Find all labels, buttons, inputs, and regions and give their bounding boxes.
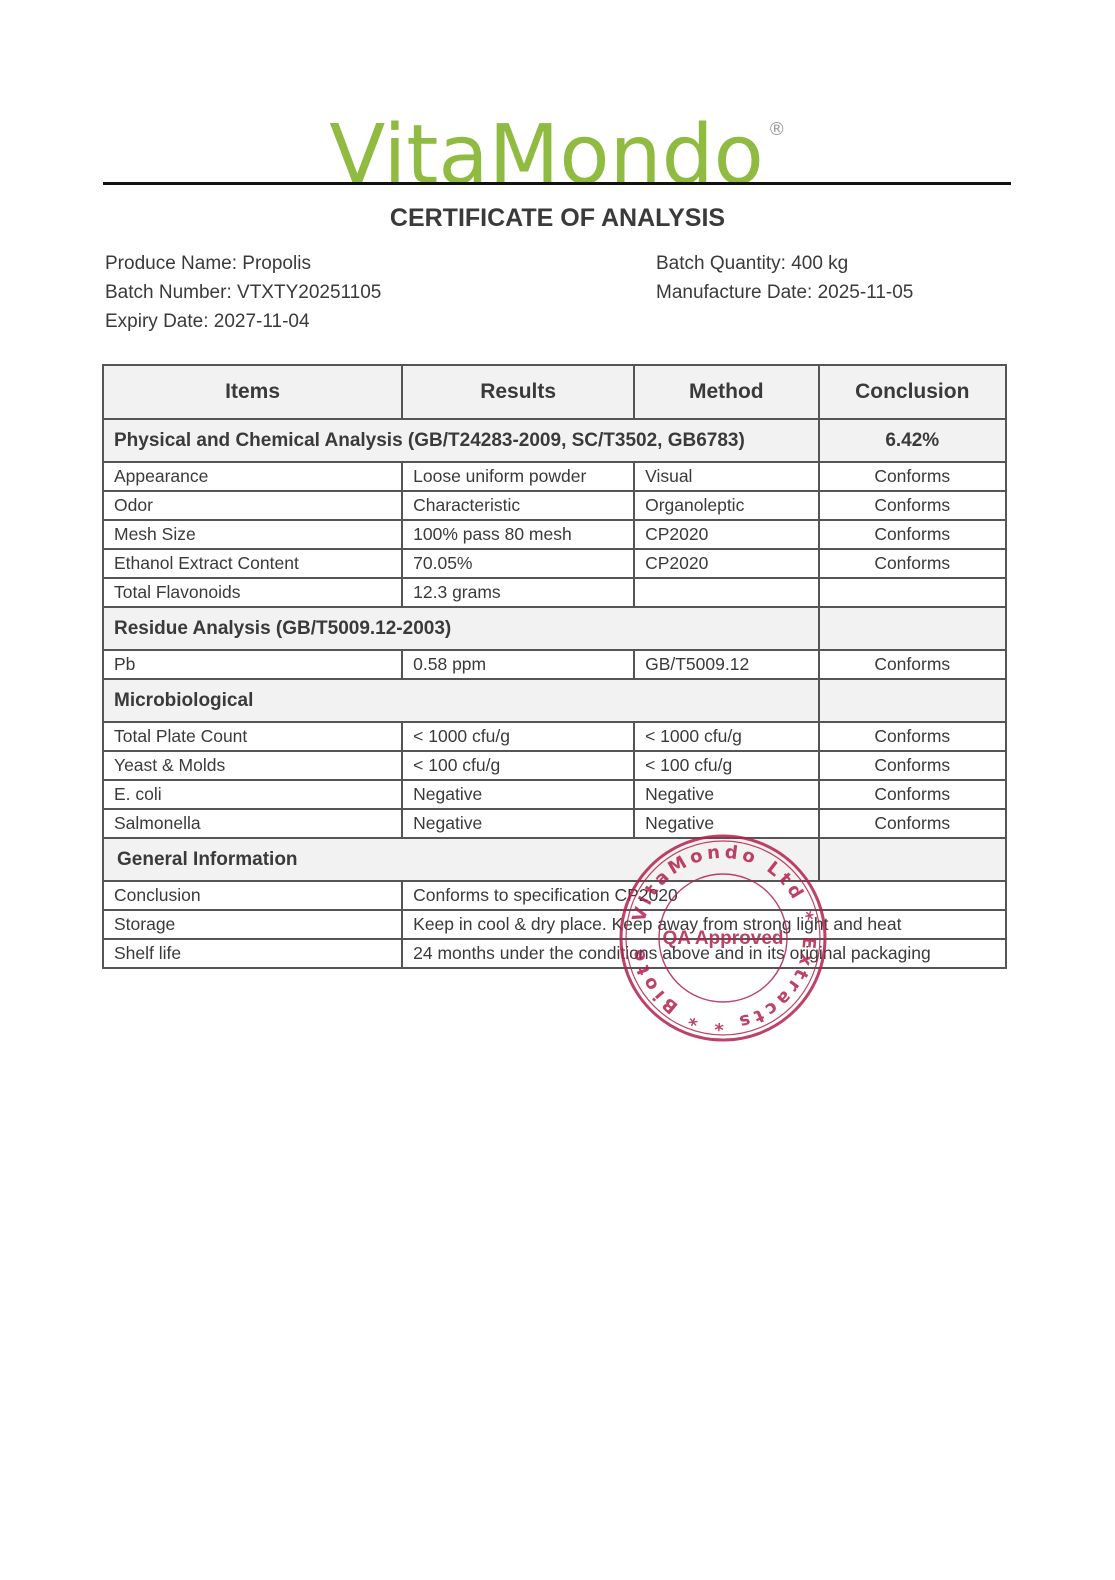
row-item: Mesh Size (103, 520, 402, 549)
registered-mark: ® (768, 119, 786, 140)
row-method: < 1000 cfu/g (634, 722, 818, 751)
table-row: AppearanceLoose uniform powderVisualConf… (103, 462, 1006, 491)
general-value: Keep in cool & dry place. Keep away from… (402, 910, 1006, 939)
expiry-date: 2027-11-04 (214, 311, 310, 332)
header-method: Method (634, 365, 818, 419)
table-row: Total Plate Count< 1000 cfu/g< 1000 cfu/… (103, 722, 1006, 751)
row-method: Organoleptic (634, 491, 818, 520)
row-method: GB/T5009.12 (634, 650, 818, 679)
row-result: Negative (402, 780, 634, 809)
row-result: Negative (402, 809, 634, 838)
row-conclusion: Conforms (819, 520, 1007, 549)
row-method: Negative (634, 809, 818, 838)
general-item: Shelf life (103, 939, 402, 968)
row-conclusion (819, 578, 1007, 607)
row-method: Visual (634, 462, 818, 491)
product-info-left: Produce Name: Propolis Batch Number: VTX… (105, 249, 381, 336)
row-conclusion: Conforms (819, 722, 1007, 751)
row-conclusion: Conforms (819, 549, 1007, 578)
header-conclusion: Conclusion (819, 365, 1007, 419)
row-item: E. coli (103, 780, 402, 809)
product-name: Propolis (242, 253, 311, 274)
row-conclusion: Conforms (819, 462, 1007, 491)
row-method: Negative (634, 780, 818, 809)
table-row: SalmonellaNegativeNegativeConforms (103, 809, 1006, 838)
batch-number-line: Batch Number: VTXTY20251105 (105, 278, 381, 307)
header-items: Items (103, 365, 402, 419)
table-row: E. coliNegativeNegativeConforms (103, 780, 1006, 809)
general-info-row: StorageKeep in cool & dry place. Keep aw… (103, 910, 1006, 939)
section-title: Physical and Chemical Analysis (GB/T2428… (103, 419, 819, 462)
header-divider (103, 182, 1011, 185)
row-method: CP2020 (634, 520, 818, 549)
row-result: 100% pass 80 mesh (402, 520, 634, 549)
table-row: OdorCharacteristicOrganolepticConforms (103, 491, 1006, 520)
general-item: Conclusion (103, 881, 402, 910)
table-row: Mesh Size100% pass 80 meshCP2020Conforms (103, 520, 1006, 549)
brand-name: VitaMondo (329, 108, 764, 203)
row-result: Characteristic (402, 491, 634, 520)
row-method (634, 578, 818, 607)
section-title: Residue Analysis (GB/T5009.12-2003) (103, 607, 819, 650)
manufacture-date-line: Manufacture Date: 2025-11-05 (656, 278, 913, 307)
batch-quantity: 400 kg (791, 253, 848, 274)
analysis-table: Items Results Method Conclusion Physical… (102, 364, 1007, 969)
row-conclusion: Conforms (819, 751, 1007, 780)
row-item: Ethanol Extract Content (103, 549, 402, 578)
row-result: < 1000 cfu/g (402, 722, 634, 751)
row-result: < 100 cfu/g (402, 751, 634, 780)
row-result: Loose uniform powder (402, 462, 634, 491)
document-title: CERTIFICATE OF ANALYSIS (0, 204, 1115, 233)
general-item: Storage (103, 910, 402, 939)
row-conclusion: Conforms (819, 780, 1007, 809)
row-item: Odor (103, 491, 402, 520)
section-row: Physical and Chemical Analysis (GB/T2428… (103, 419, 1006, 462)
general-value: 24 months under the conditions above and… (402, 939, 1006, 968)
section-title: Microbiological (103, 679, 819, 722)
section-conclusion (819, 607, 1007, 650)
row-item: Appearance (103, 462, 402, 491)
batch-number: VTXTY20251105 (237, 282, 381, 303)
row-item: Salmonella (103, 809, 402, 838)
section-conclusion: 6.42% (819, 419, 1007, 462)
row-item: Pb (103, 650, 402, 679)
row-result: 12.3 grams (402, 578, 634, 607)
general-value: Conforms to specification CP2020 (402, 881, 1006, 910)
section-row: Microbiological (103, 679, 1006, 722)
row-conclusion: Conforms (819, 650, 1007, 679)
general-info-row: ConclusionConforms to specification CP20… (103, 881, 1006, 910)
product-name-line: Produce Name: Propolis (105, 249, 381, 278)
header-results: Results (402, 365, 634, 419)
table-row: Yeast & Molds< 100 cfu/g< 100 cfu/gConfo… (103, 751, 1006, 780)
section-conclusion (819, 838, 1007, 881)
table-row: Pb0.58 ppmGB/T5009.12Conforms (103, 650, 1006, 679)
section-conclusion (819, 679, 1007, 722)
batch-quantity-line: Batch Quantity: 400 kg (656, 249, 913, 278)
brand-logo: VitaMondo® (0, 80, 1115, 206)
table-row: Total Flavonoids12.3 grams (103, 578, 1006, 607)
product-info-right: Batch Quantity: 400 kg Manufacture Date:… (656, 249, 913, 307)
row-conclusion: Conforms (819, 809, 1007, 838)
expiry-date-line: Expiry Date: 2027-11-04 (105, 307, 381, 336)
table-row: Ethanol Extract Content70.05%CP2020Confo… (103, 549, 1006, 578)
row-item: Total Flavonoids (103, 578, 402, 607)
row-item: Yeast & Molds (103, 751, 402, 780)
section-row: Residue Analysis (GB/T5009.12-2003) (103, 607, 1006, 650)
table-header-row: Items Results Method Conclusion (103, 365, 1006, 419)
section-row-general: General Information (103, 838, 1006, 881)
manufacture-date: 2025-11-05 (818, 282, 914, 303)
row-result: 70.05% (402, 549, 634, 578)
row-result: 0.58 ppm (402, 650, 634, 679)
row-method: < 100 cfu/g (634, 751, 818, 780)
row-method: CP2020 (634, 549, 818, 578)
general-info-row: Shelf life24 months under the conditions… (103, 939, 1006, 968)
row-item: Total Plate Count (103, 722, 402, 751)
row-conclusion: Conforms (819, 491, 1007, 520)
section-title: General Information (103, 838, 819, 881)
